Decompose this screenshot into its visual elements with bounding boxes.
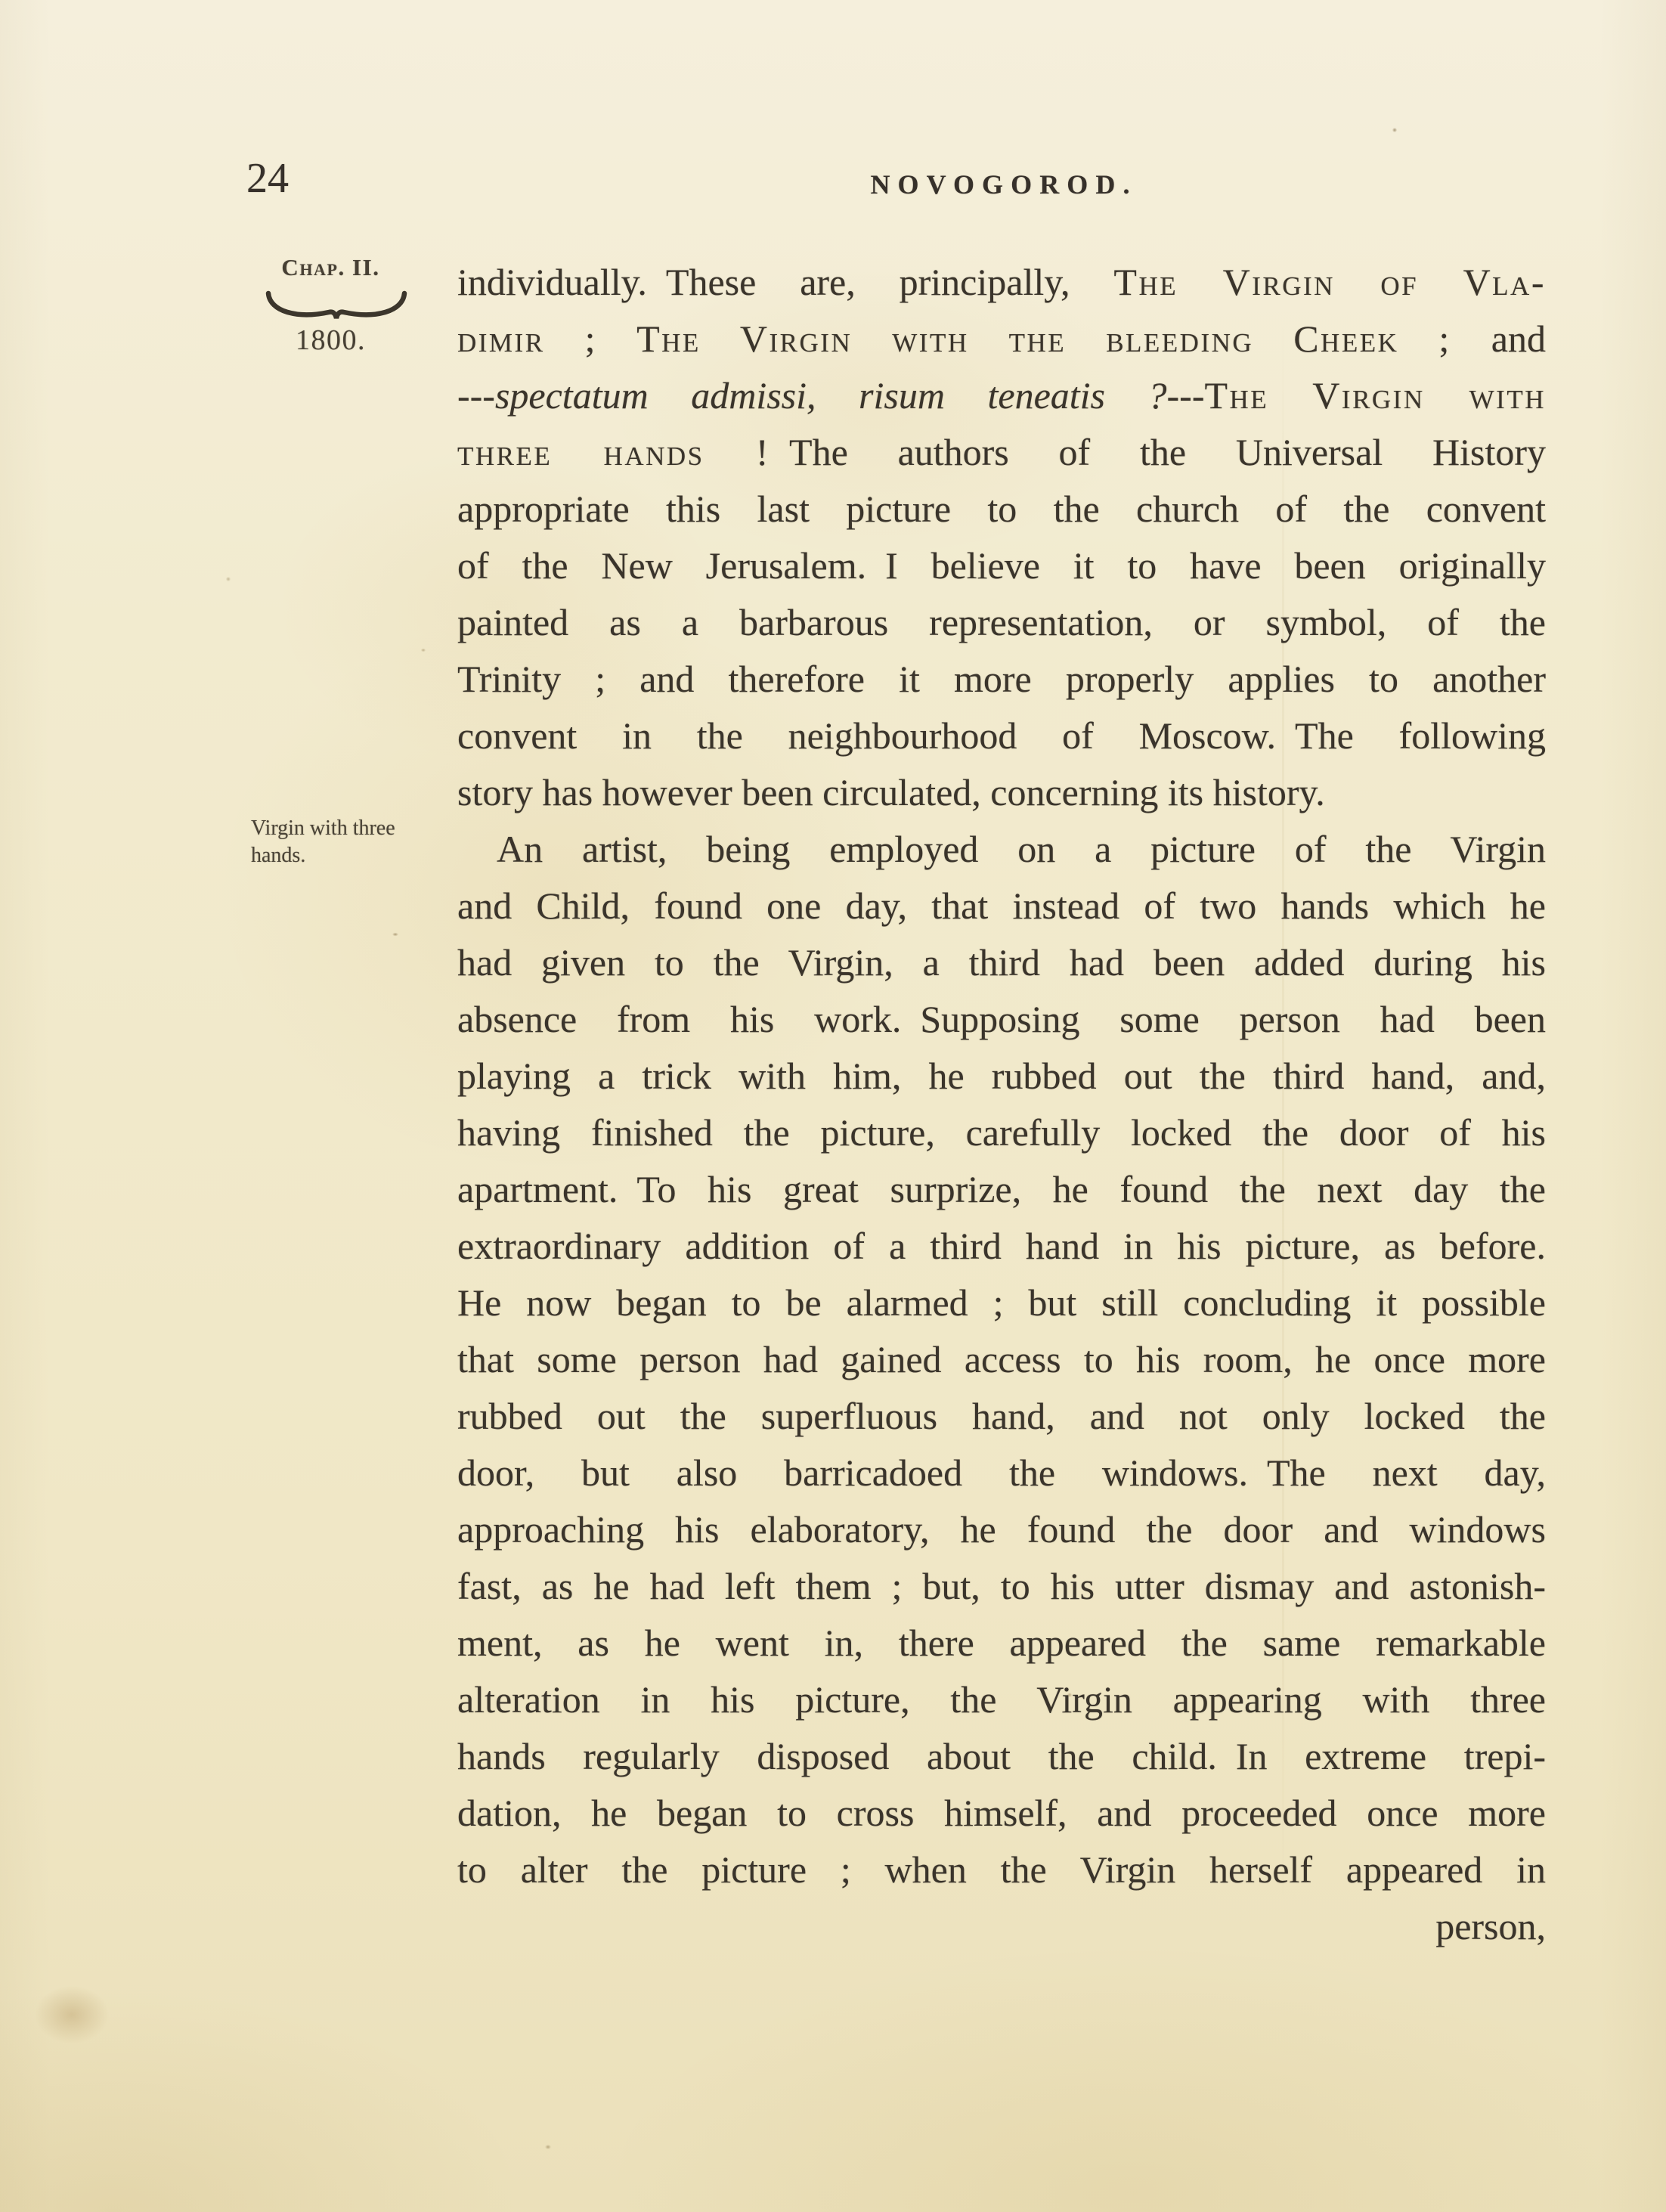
text-segment: spectatum admissi, risum teneatis ? [495, 374, 1167, 417]
text-segment: rubbed out the superfluous hand, and not… [457, 1395, 1546, 1437]
text-segment: dimir ; The Virgin with the bleeding Che… [457, 318, 1491, 360]
text-segment: apartment. To his great surprize, he fou… [457, 1168, 1546, 1210]
text-segment: door, but also barricadoed the windows. … [457, 1451, 1546, 1494]
text-line: rubbed out the superfluous hand, and not… [457, 1388, 1546, 1445]
running-head: NOVOGOROD. [777, 171, 1231, 198]
text-line: alteration in his picture, the Virgin ap… [457, 1671, 1546, 1728]
text-segment: having finished the picture, carefully l… [457, 1111, 1546, 1154]
side-note-virgin-three-hands: Virgin with three hands. [251, 815, 396, 869]
text-line: ---spectatum admissi, risum teneatis ?--… [457, 367, 1546, 424]
text-line: of the New Jerusalem. I believe it to ha… [457, 538, 1546, 594]
year-label: 1800. [249, 324, 412, 357]
text-segment: that some person had gained access to hi… [457, 1338, 1546, 1380]
text-line: appropriate this last picture to the chu… [457, 481, 1546, 538]
text-segment: The authors of the Universal History [770, 431, 1546, 473]
text-segment: fast, as he had left them ; but, to his … [457, 1565, 1546, 1607]
text-segment: of the New Jerusalem. I believe it to ha… [457, 544, 1546, 587]
text-segment: He now began to be alarmed ; but still c… [457, 1281, 1546, 1324]
text-line: door, but also barricadoed the windows. … [457, 1445, 1546, 1501]
text-line: convent in the neighbourhood of Moscow. … [457, 708, 1546, 764]
text-line: three hands ! The authors of the Univers… [457, 424, 1546, 481]
text-segment: had given to the Virgin, a third had bee… [457, 941, 1546, 984]
text-line: individually. These are, principally, Th… [457, 254, 1546, 311]
text-line: story has however been circulated, conce… [457, 764, 1546, 821]
text-segment: An artist, being employed on a picture o… [497, 828, 1546, 870]
text-line: ment, as he went in, there appeared the … [457, 1615, 1546, 1671]
text-segment: extraordinary addition of a third hand i… [457, 1225, 1546, 1267]
text-line: approaching his elaboratory, he found th… [457, 1501, 1546, 1558]
text-line: painted as a barbarous representation, o… [457, 594, 1546, 651]
text-segment: painted as a barbarous representation, o… [457, 601, 1546, 643]
text-segment: and [1491, 318, 1546, 360]
text-segment: playing a trick with him, he rubbed out … [457, 1055, 1546, 1097]
text-line: He now began to be alarmed ; but still c… [457, 1275, 1546, 1331]
text-segment: three hands ! [457, 431, 770, 473]
text-segment: convent in the neighbourhood of Moscow. … [457, 714, 1546, 757]
text-segment: person, [1435, 1905, 1546, 1947]
body-text: individually. These are, principally, Th… [457, 254, 1546, 1955]
text-line: Trinity ; and therefore it more properly… [457, 651, 1546, 708]
text-line: having finished the picture, carefully l… [457, 1104, 1546, 1161]
book-page-scan: 24 NOVOGOROD. Chap. II. 1800. Virgin wit… [0, 0, 1666, 2212]
text-line: hands regularly disposed about the child… [457, 1728, 1546, 1785]
text-segment: approaching his elaboratory, he found th… [457, 1508, 1546, 1551]
text-segment: dation, he began to cross himself, and p… [457, 1792, 1546, 1834]
text-segment: individually. These are, principally, [457, 261, 1113, 303]
text-segment: appropriate this last picture to the chu… [457, 488, 1546, 530]
text-line: absence from his work. Supposing some pe… [457, 991, 1546, 1048]
text-segment: alteration in his picture, the Virgin ap… [457, 1678, 1546, 1721]
text-segment: --- [457, 374, 495, 417]
text-line: apartment. To his great surprize, he fou… [457, 1161, 1546, 1218]
text-segment: --- [1167, 374, 1205, 417]
text-line: to alter the picture ; when the Virgin h… [457, 1842, 1546, 1898]
text-segment: story has however been circulated, conce… [457, 771, 1325, 813]
page-number: 24 [246, 157, 289, 200]
text-segment: The Virgin with [1204, 374, 1546, 417]
text-line: had given to the Virgin, a third had bee… [457, 934, 1546, 991]
text-line: extraordinary addition of a third hand i… [457, 1218, 1546, 1275]
text-line: and Child, found one day, that instead o… [457, 878, 1546, 934]
chapter-brace-ornament [262, 289, 410, 322]
text-line: dimir ; The Virgin with the bleeding Che… [457, 311, 1546, 367]
text-line: that some person had gained access to hi… [457, 1331, 1546, 1388]
text-segment: hands regularly disposed about the child… [457, 1735, 1546, 1777]
chapter-label: Chap. II. [249, 254, 412, 281]
text-line: playing a trick with him, he rubbed out … [457, 1048, 1546, 1104]
text-segment: Trinity ; and therefore it more properly… [457, 658, 1546, 700]
text-line: An artist, being employed on a picture o… [457, 821, 1546, 878]
text-segment: and Child, found one day, that instead o… [457, 884, 1546, 927]
text-segment: The Virgin of Vla- [1113, 261, 1546, 303]
catchword: person, [457, 1898, 1546, 1955]
text-line: dation, he began to cross himself, and p… [457, 1785, 1546, 1842]
text-segment: ment, as he went in, there appeared the … [457, 1622, 1546, 1664]
text-segment: to alter the picture ; when the Virgin h… [457, 1848, 1546, 1891]
text-segment: absence from his work. Supposing some pe… [457, 998, 1546, 1040]
text-line: fast, as he had left them ; but, to his … [457, 1558, 1546, 1615]
